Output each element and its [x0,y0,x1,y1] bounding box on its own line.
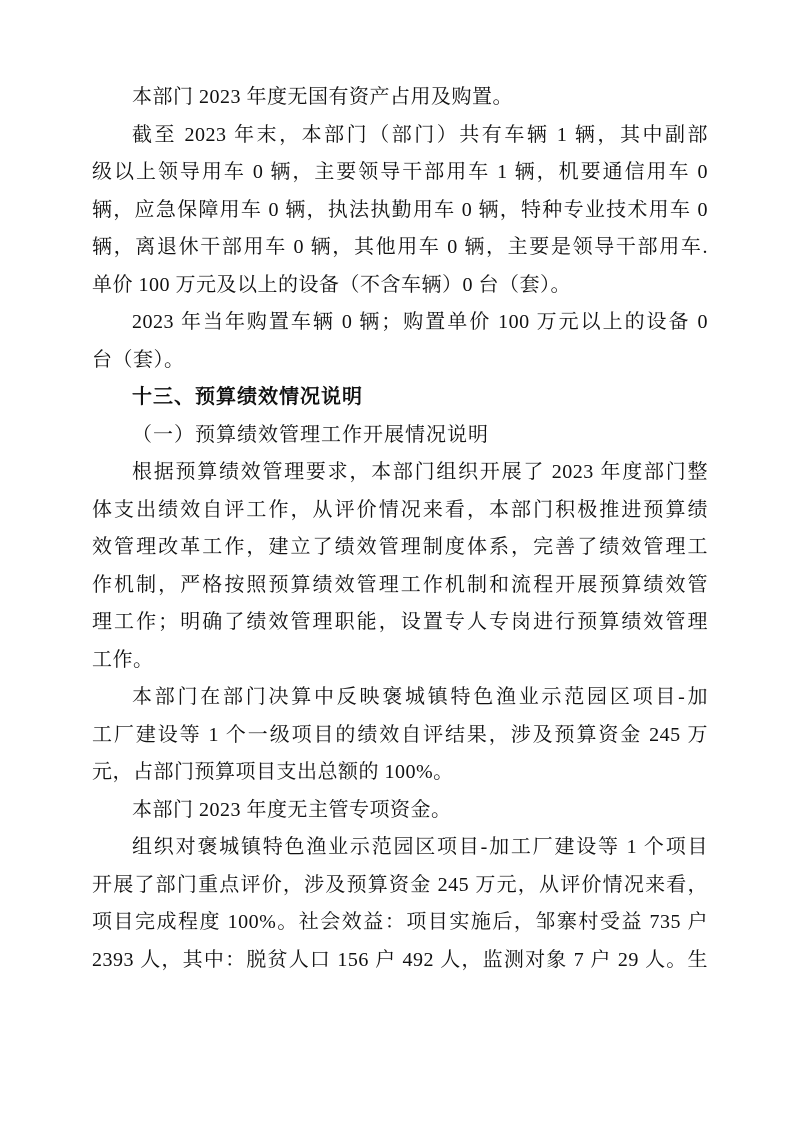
text-line: 截至 2023 年末，本部门（部门）共有车辆 1 辆，其中副部（省） [92,117,708,155]
paragraph: 本部门 2023 年度无主管专项资金。 [92,792,708,830]
text-line: 辆，应急保障用车 0 辆，执法执勤用车 0 辆，特种专业技术用车 0 [92,192,708,230]
text-line: 本部门 2023 年度无国有资产占用及购置。 [92,79,708,117]
text-line: 元，占部门预算项目支出总额的 100%。 [92,754,708,792]
text-line: 本部门在部门决算中反映褒城镇特色渔业示范园区项目-加 [92,679,708,717]
paragraph: 本部门 2023 年度无国有资产占用及购置。 [92,79,708,117]
text-line: 辆，离退休干部用车 0 辆，其他用车 0 辆，主要是领导干部用车. [92,229,708,267]
text-line: 工厂建设等 1 个一级项目的绩效自评结果，涉及预算资金 245 万 [92,717,708,755]
paragraph: 组织对褒城镇特色渔业示范园区项目-加工厂建设等 1 个项目开展了部门重点评价，涉… [92,829,708,979]
paragraph: 截至 2023 年末，本部门（部门）共有车辆 1 辆，其中副部（省）级以上领导用… [92,117,708,305]
text-line: 开展了部门重点评价，涉及预算资金 245 万元，从评价情况来看， [92,867,708,905]
document-body: 本部门 2023 年度无国有资产占用及购置。截至 2023 年末，本部门（部门）… [92,79,708,979]
text-line: 2023 年当年购置车辆 0 辆；购置单价 100 万元以上的设备 0 [92,304,708,342]
text-line: 项目完成程度 100%。社会效益：项目实施后，邹寨村受益 735 户 [92,904,708,942]
section-heading: 十三、预算绩效情况说明 [92,379,708,417]
paragraph: 根据预算绩效管理要求，本部门组织开展了 2023 年度部门整体支出绩效自评工作，… [92,454,708,679]
paragraph: 2023 年当年购置车辆 0 辆；购置单价 100 万元以上的设备 0台（套）。 [92,304,708,379]
text-line: 2393 人，其中：脱贫人口 156 户 492 人，监测对象 7 户 29 人… [92,942,708,980]
text-line: 十三、预算绩效情况说明 [92,379,708,417]
text-line: 作机制，严格按照预算绩效管理工作机制和流程开展预算绩效管 [92,567,708,605]
text-line: 工作。 [92,642,708,680]
text-line: 单价 100 万元及以上的设备（不含车辆）0 台（套）。 [92,267,708,305]
text-line: 本部门 2023 年度无主管专项资金。 [92,792,708,830]
sub-section-heading: （一）预算绩效管理工作开展情况说明 [92,417,708,455]
text-line: 台（套）。 [92,342,708,380]
text-line: 根据预算绩效管理要求，本部门组织开展了 2023 年度部门整 [92,454,708,492]
text-line: 组织对褒城镇特色渔业示范园区项目-加工厂建设等 1 个项目 [92,829,708,867]
document-page: 本部门 2023 年度无国有资产占用及购置。截至 2023 年末，本部门（部门）… [0,0,793,1122]
text-line: （一）预算绩效管理工作开展情况说明 [92,417,708,455]
text-line: 级以上领导用车 0 辆，主要领导干部用车 1 辆，机要通信用车 0 [92,154,708,192]
paragraph: 本部门在部门决算中反映褒城镇特色渔业示范园区项目-加工厂建设等 1 个一级项目的… [92,679,708,792]
text-line: 体支出绩效自评工作，从评价情况来看，本部门积极推进预算绩 [92,492,708,530]
text-line: 理工作；明确了绩效管理职能，设置专人专岗进行预算绩效管理 [92,604,708,642]
text-line: 效管理改革工作，建立了绩效管理制度体系，完善了绩效管理工 [92,529,708,567]
